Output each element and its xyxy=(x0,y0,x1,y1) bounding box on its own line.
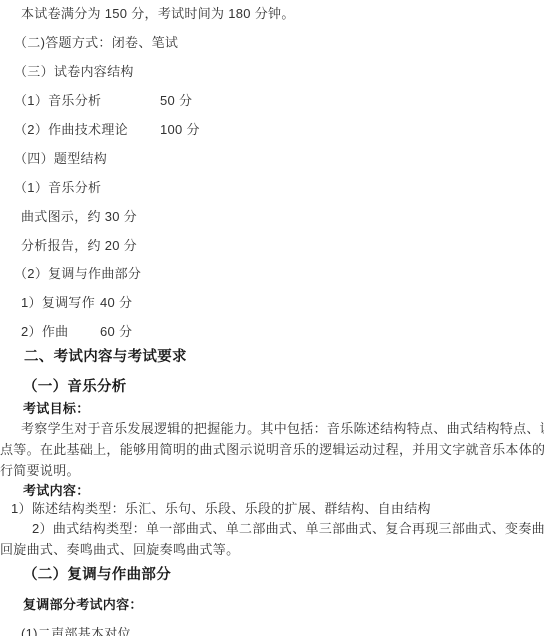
line-text: 考试内容： xyxy=(23,483,90,498)
score-value: 60 分 xyxy=(100,323,132,341)
line-text: (1)二声部基本对位 xyxy=(21,626,131,636)
exam-objective-label: 考试目标： xyxy=(0,400,544,418)
statement-structure-types: 1）陈述结构类型：乐汇、乐句、乐段、乐段的扩展、群结构、自由结构 xyxy=(0,500,544,518)
line-text: （一）音乐分析 xyxy=(23,379,127,395)
line-text: （1）音乐分析 xyxy=(14,93,101,108)
objective-paragraph-line-2: 点等。在此基础上，能够用简明的曲式图示说明音乐的逻辑运动过程，并用文字就音乐本体… xyxy=(0,441,544,459)
line-text: 分析报告，约 20 分 xyxy=(21,238,137,253)
paper-structure-heading: （三）试卷内容结构 xyxy=(0,63,544,81)
line-text: 行简要说明。 xyxy=(0,463,80,478)
exam-score-duration: 本试卷满分为 150 分，考试时间为 180 分钟。 xyxy=(0,5,544,23)
question-type-heading: （四）题型结构 xyxy=(0,150,544,168)
polyphony-exam-content-label: 复调部分考试内容： xyxy=(0,596,544,614)
answer-mode: （二)答题方式：闭卷、笔试 xyxy=(0,34,544,52)
line-text: （二)答题方式：闭卷、笔试 xyxy=(14,35,178,50)
line-text: 复调部分考试内容： xyxy=(23,597,143,612)
score-value: 100 分 xyxy=(160,121,200,139)
objective-paragraph-line-1: 考察学生对于音乐发展逻辑的把握能力。其中包括：音乐陈述结构特点、曲式结构特点、调… xyxy=(0,420,544,438)
exam-content-label: 考试内容： xyxy=(0,482,544,500)
line-text: 1）复调写作 xyxy=(21,295,95,310)
polyphony-writing-score: 1）复调写作40 分 xyxy=(0,294,544,312)
line-text: 1）陈述结构类型：乐汇、乐句、乐段、乐段的扩展、群结构、自由结构 xyxy=(11,501,431,516)
line-text: 曲式图示，约 30 分 xyxy=(21,209,137,224)
section-two-heading: 二、考试内容与考试要求 xyxy=(0,348,544,366)
line-text: 考试目标： xyxy=(23,401,90,416)
polyphony-composition-item: （2）复调与作曲部分 xyxy=(0,265,544,283)
line-text: 本试卷满分为 150 分，考试时间为 180 分钟。 xyxy=(21,6,295,21)
analysis-report-score: 分析报告，约 20 分 xyxy=(0,237,544,255)
composition-theory-score-item: （2）作曲技术理论100 分 xyxy=(0,121,544,139)
line-text: 2）作曲 xyxy=(21,324,68,339)
line-text: （2）作曲技术理论 xyxy=(14,122,128,137)
line-text: （三）试卷内容结构 xyxy=(14,64,134,79)
line-text: 考察学生对于音乐发展逻辑的把握能力。其中包括：音乐陈述结构特点、曲式结构特点、调… xyxy=(21,421,544,436)
music-analysis-section-heading: （一）音乐分析 xyxy=(0,378,544,396)
composition-score: 2）作曲60 分 xyxy=(0,323,544,341)
line-text: 回旋曲式、奏鸣曲式、回旋奏鸣曲式等。 xyxy=(0,542,239,557)
form-diagram-score: 曲式图示，约 30 分 xyxy=(0,208,544,226)
document-page: 本试卷满分为 150 分，考试时间为 180 分钟。（二)答题方式：闭卷、笔试（… xyxy=(0,0,544,636)
form-structure-types-line-2: 回旋曲式、奏鸣曲式、回旋奏鸣曲式等。 xyxy=(0,541,544,559)
line-text: （2）复调与作曲部分 xyxy=(14,266,141,281)
line-text: 点等。在此基础上，能够用简明的曲式图示说明音乐的逻辑运动过程，并用文字就音乐本体… xyxy=(0,442,544,457)
line-text: （四）题型结构 xyxy=(14,151,107,166)
score-value: 40 分 xyxy=(100,294,132,312)
line-text: （二）复调与作曲部分 xyxy=(23,567,171,583)
two-voice-counterpoint-item: (1)二声部基本对位 xyxy=(0,625,544,636)
music-analysis-item: （1）音乐分析 xyxy=(0,179,544,197)
polyphony-section-heading: （二）复调与作曲部分 xyxy=(0,566,544,584)
form-structure-types-line-1: 2）曲式结构类型：单一部曲式、单二部曲式、单三部曲式、复合再现三部曲式、变奏曲 … xyxy=(0,520,544,538)
score-value: 50 分 xyxy=(160,92,192,110)
objective-paragraph-line-3: 行简要说明。 xyxy=(0,462,544,480)
music-analysis-score-item: （1）音乐分析50 分 xyxy=(0,92,544,110)
line-text: 2）曲式结构类型：单一部曲式、单二部曲式、单三部曲式、复合再现三部曲式、变奏曲 … xyxy=(32,521,544,536)
line-text: 二、考试内容与考试要求 xyxy=(24,349,187,365)
line-text: （1）音乐分析 xyxy=(14,180,101,195)
